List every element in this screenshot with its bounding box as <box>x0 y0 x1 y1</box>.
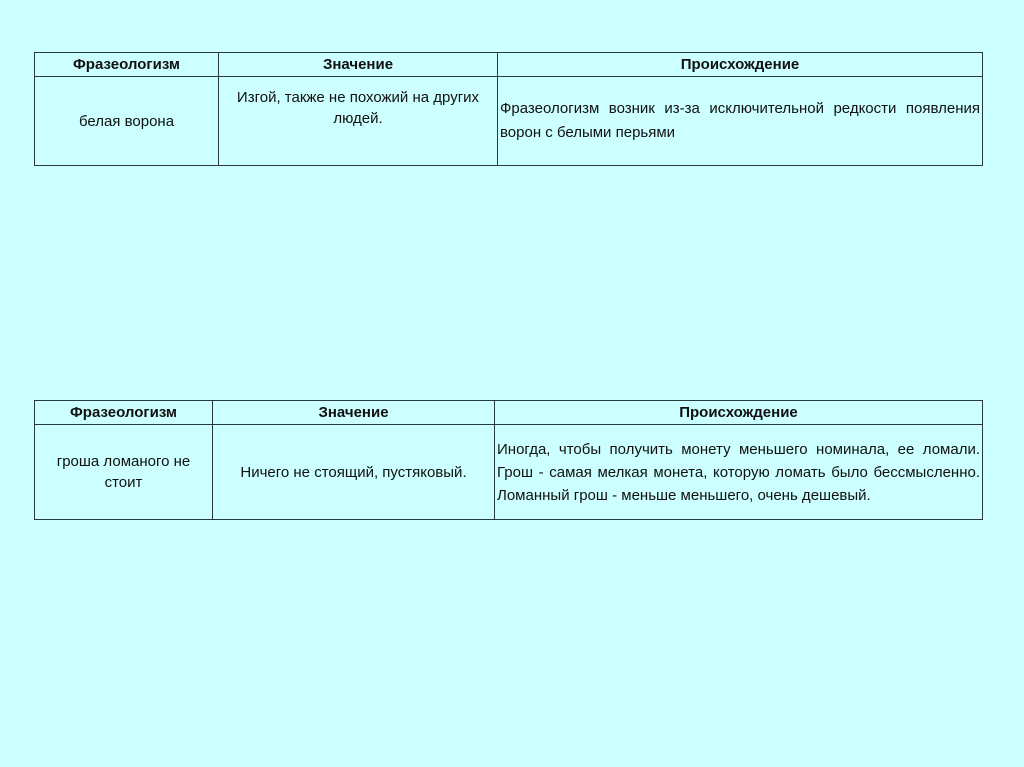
table-row: белая ворона Изгой, также не похожий на … <box>35 77 983 166</box>
cell-origin: Иногда, чтобы получить монету меньшего н… <box>495 425 983 520</box>
header-meaning: Значение <box>219 53 498 77</box>
table-header-row: Фразеологизм Значение Происхождение <box>35 401 983 425</box>
phraseology-table-2: Фразеологизм Значение Происхождение грош… <box>34 400 983 520</box>
table-header-row: Фразеологизм Значение Происхождение <box>35 53 983 77</box>
header-phrase: Фразеологизм <box>35 401 213 425</box>
phraseology-table-1: Фразеологизм Значение Происхождение бела… <box>34 52 983 166</box>
header-origin: Происхождение <box>495 401 983 425</box>
header-meaning: Значение <box>213 401 495 425</box>
table-row: гроша ломаного не стоит Ничего не стоящи… <box>35 425 983 520</box>
cell-origin: Фразеологизм возник из-за исключительной… <box>498 77 983 166</box>
cell-phrase: белая ворона <box>35 77 219 166</box>
cell-phrase: гроша ломаного не стоит <box>35 425 213 520</box>
cell-meaning: Изгой, также не похожий на других людей. <box>219 77 498 166</box>
header-origin: Происхождение <box>498 53 983 77</box>
cell-meaning: Ничего не стоящий, пустяковый. <box>213 425 495 520</box>
header-phrase: Фразеологизм <box>35 53 219 77</box>
